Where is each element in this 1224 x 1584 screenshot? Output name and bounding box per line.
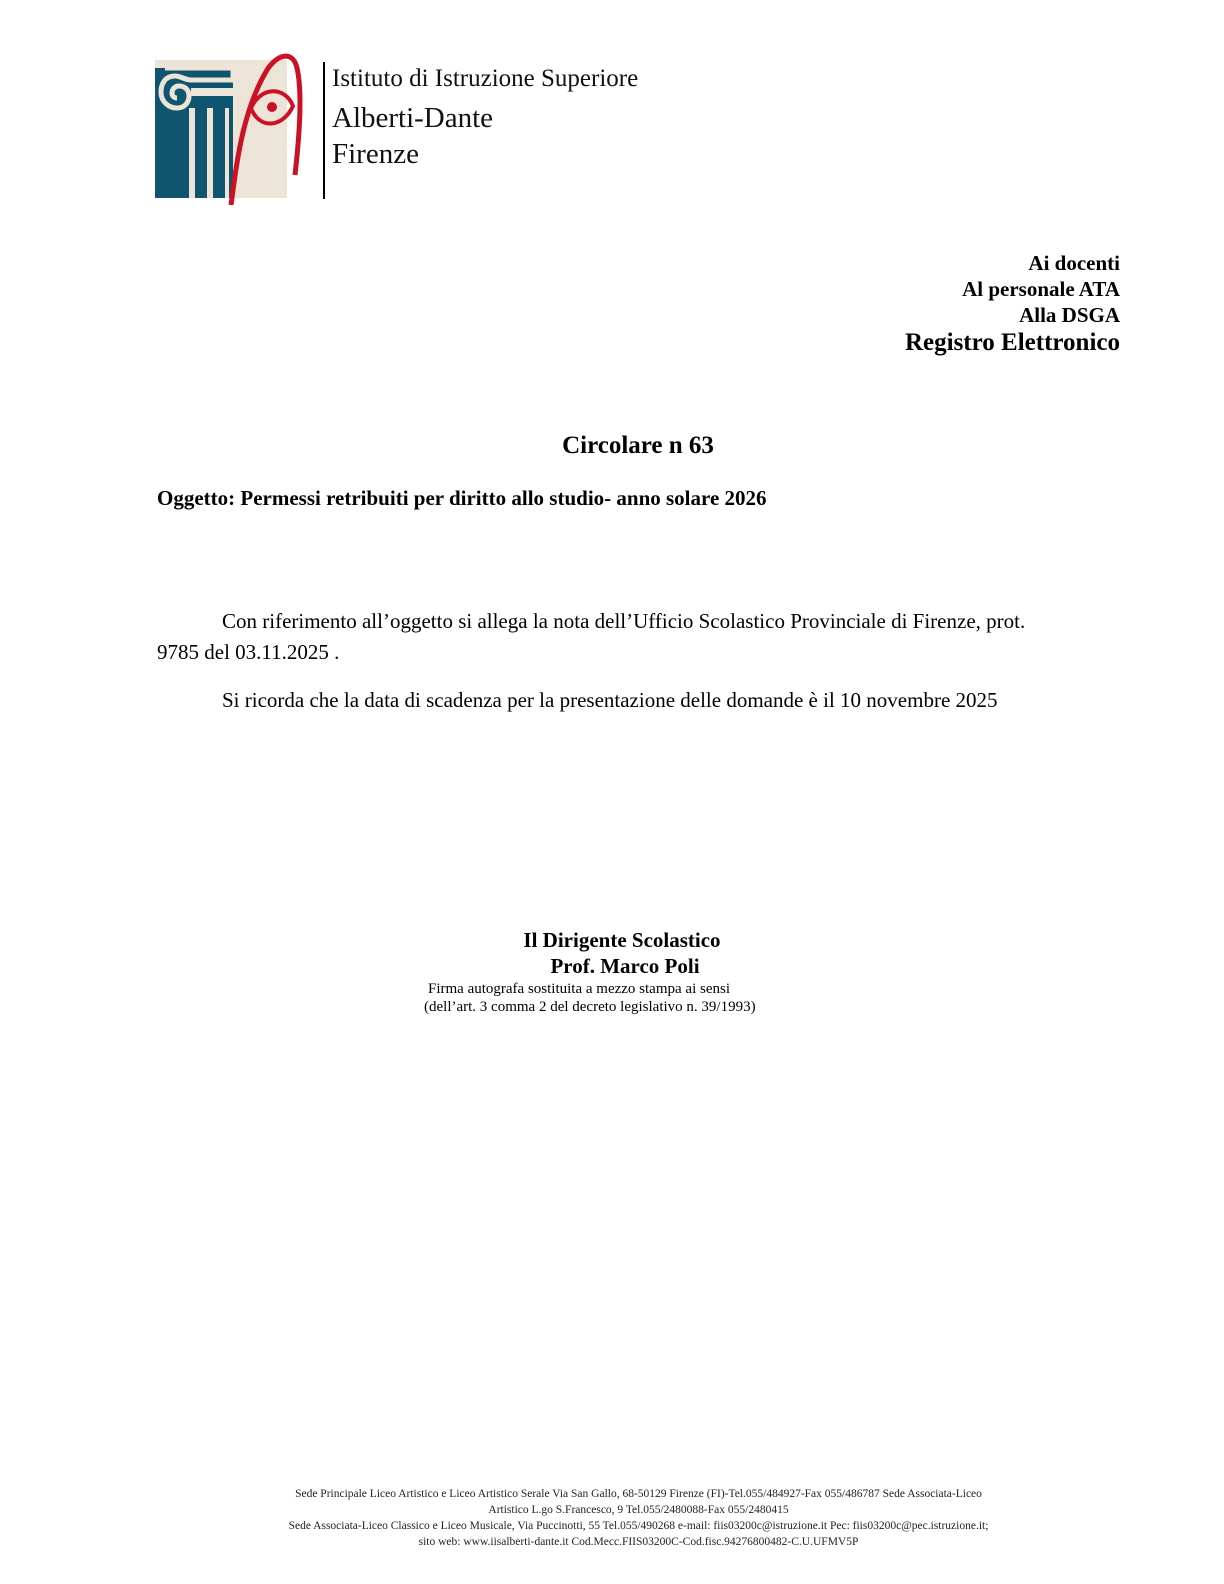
circular-subject: Oggetto: Permessi retribuiti per diritto… [157, 486, 767, 511]
body-paragraph-1: Con riferimento all’oggetto si allega la… [222, 606, 1025, 637]
footer-line: Sede Associata-Liceo Classico e Liceo Mu… [0, 1518, 1224, 1534]
institute-type: Istituto di Istruzione Superiore [332, 65, 638, 93]
institute-city: Firenze [332, 138, 419, 171]
signature-legal-reference: (dell’art. 3 comma 2 del decreto legisla… [424, 999, 756, 1016]
recipient: Alla DSGA [905, 302, 1120, 328]
school-logo-icon [155, 50, 305, 205]
recipient: Ai docenti [905, 250, 1120, 276]
body-paragraph-2: Si ricorda che la data di scadenza per l… [222, 685, 998, 716]
signature-name: Prof. Marco Poli [0, 954, 1224, 979]
page-footer: Sede Principale Liceo Artistico e Liceo … [0, 1486, 1224, 1550]
footer-line: sito web: www.iisalberti-dante.it Cod.Me… [0, 1534, 1224, 1550]
institute-name: Alberti-Dante [332, 102, 493, 135]
body-paragraph-1-continued: 9785 del 03.11.2025 . [157, 637, 339, 668]
signature-note: Firma autografa sostituita a mezzo stamp… [428, 981, 730, 998]
recipient: Registro Elettronico [905, 328, 1120, 358]
header-divider [323, 62, 325, 199]
recipient: Al personale ATA [905, 276, 1120, 302]
footer-line: Sede Principale Liceo Artistico e Liceo … [0, 1486, 1224, 1502]
footer-line: Artistico L.go S.Francesco, 9 Tel.055/24… [0, 1502, 1224, 1518]
circular-title: Circolare n 63 [0, 432, 1224, 460]
signature-role: Il Dirigente Scolastico [0, 928, 1224, 953]
recipients-block: Ai docenti Al personale ATA Alla DSGA Re… [905, 250, 1120, 358]
